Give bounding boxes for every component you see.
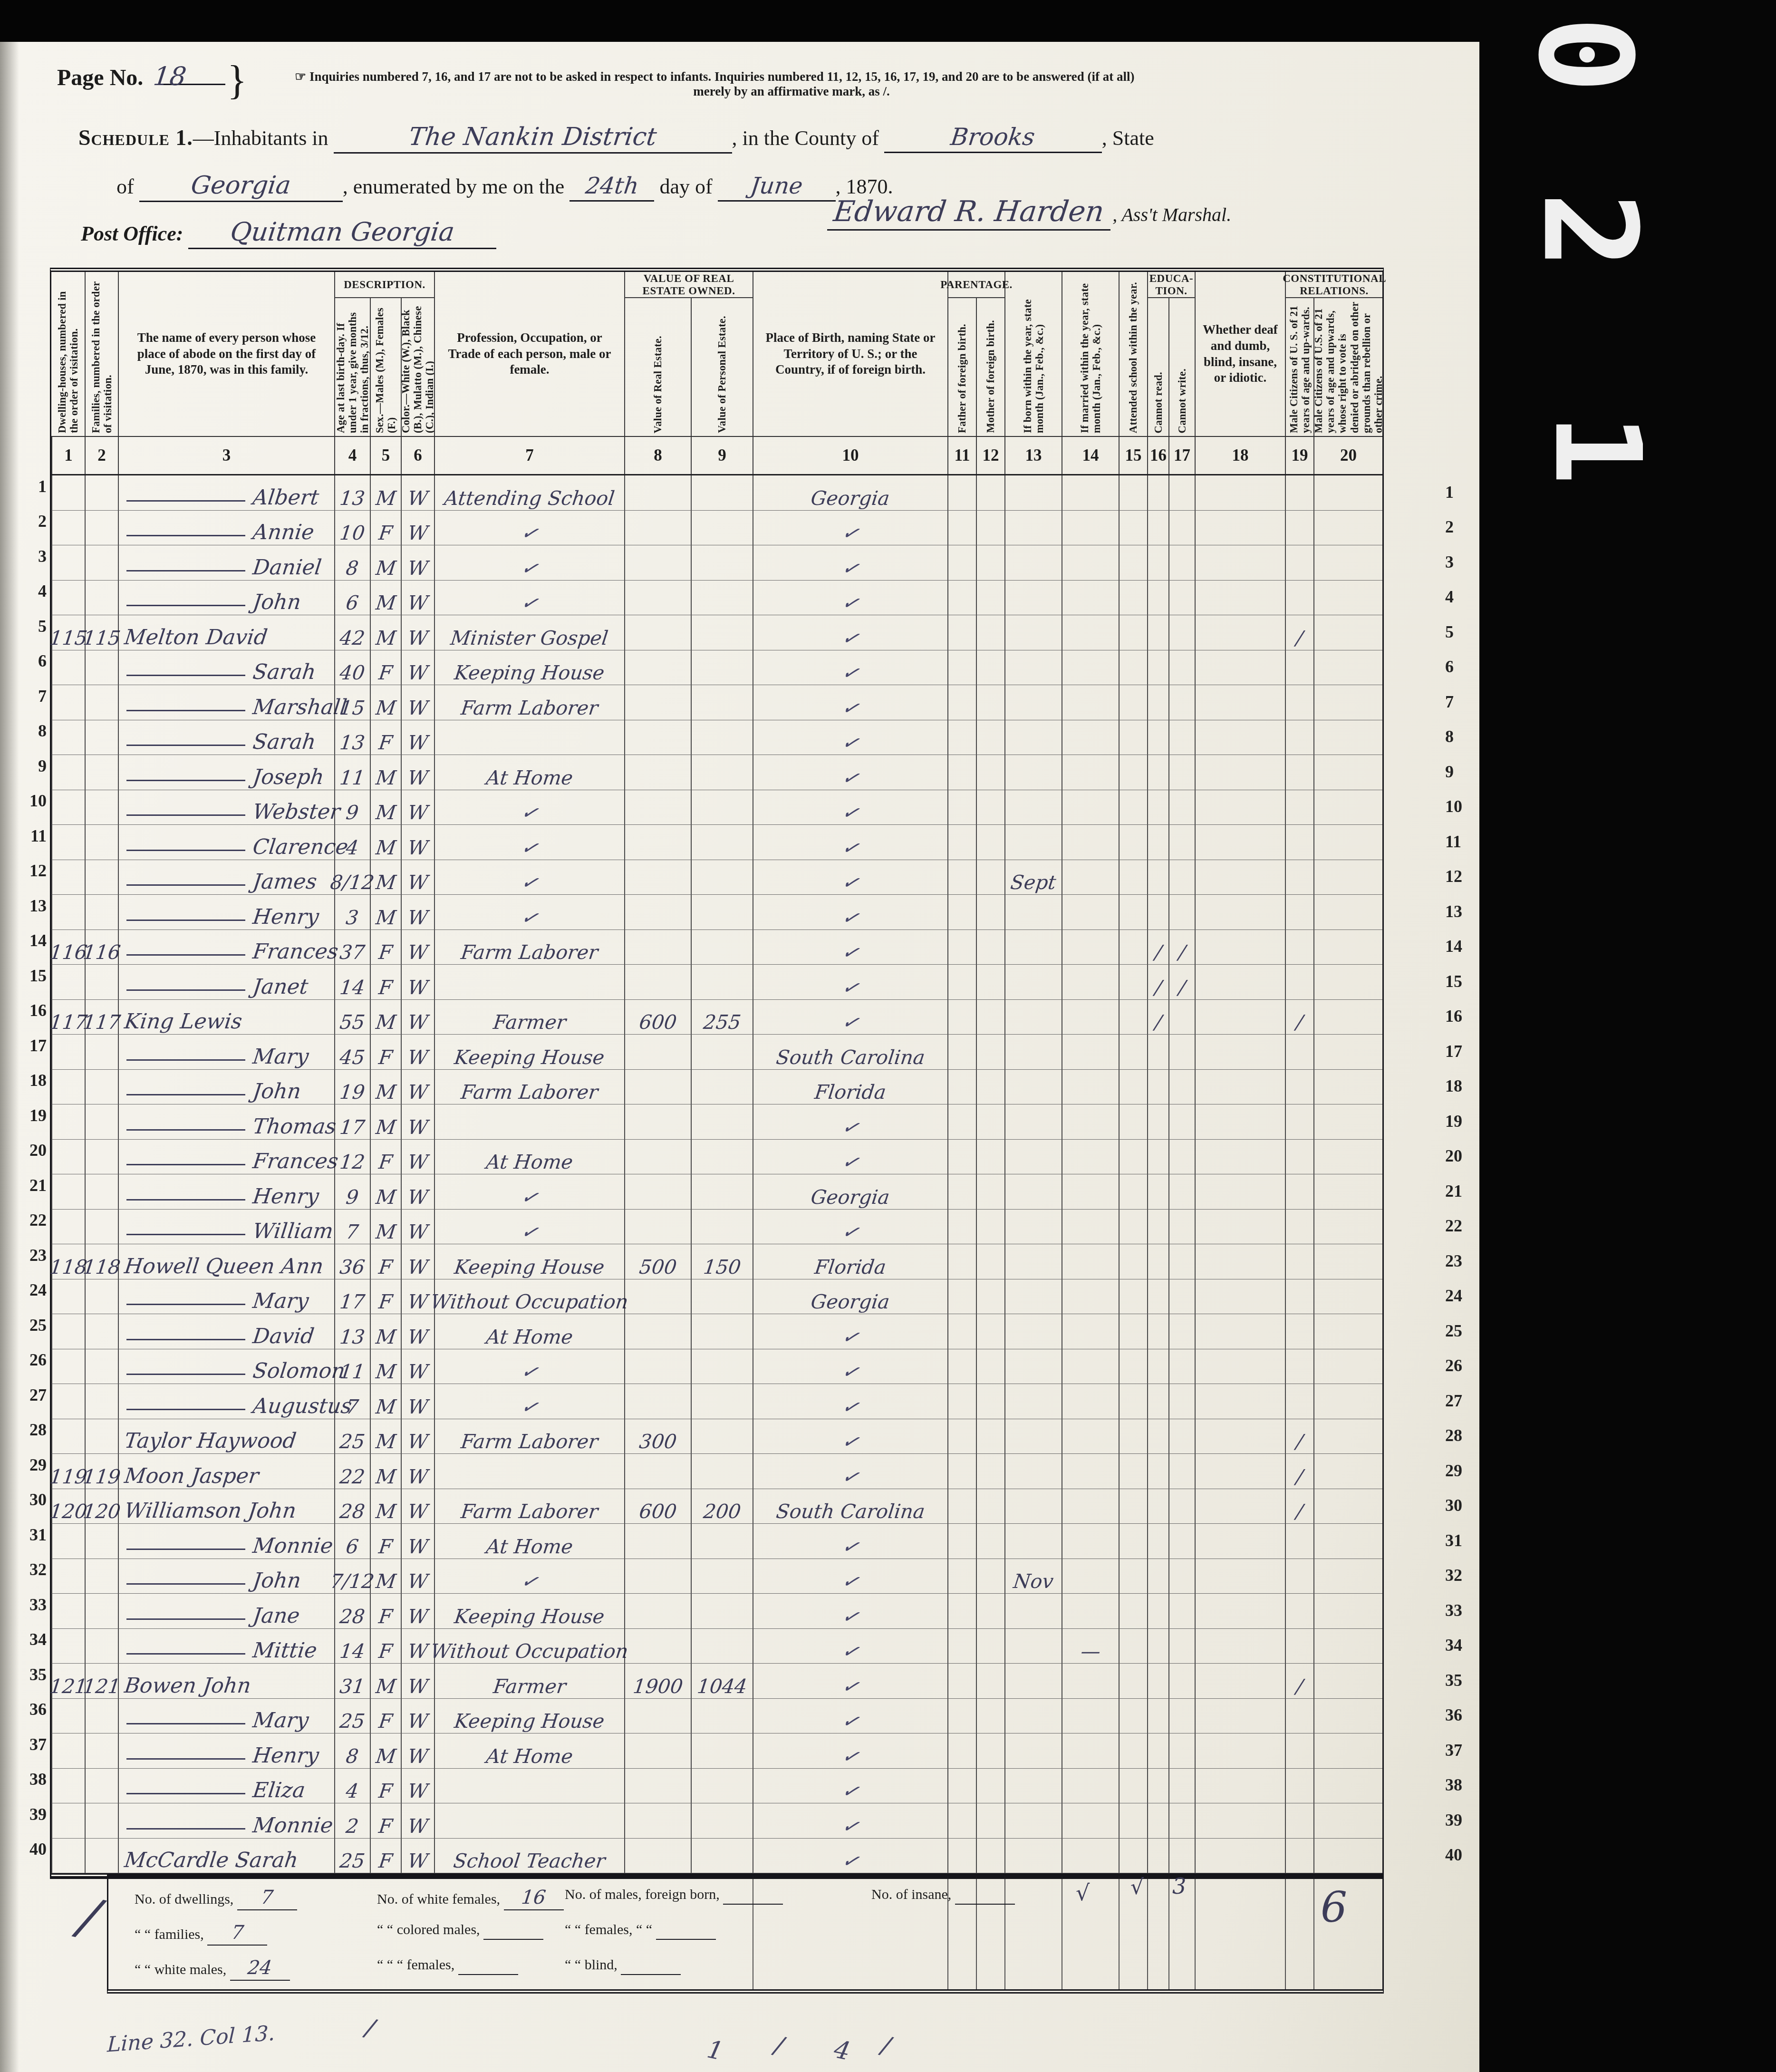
cell-value: /	[1295, 1013, 1304, 1032]
row-21-dw	[51, 1174, 85, 1210]
row-39-c19	[1285, 1803, 1313, 1839]
row-33-fm	[85, 1594, 118, 1629]
row-7-oc: Farm Laborer	[434, 685, 624, 720]
row-25-fm	[85, 1314, 118, 1349]
name-lead-line	[126, 954, 245, 956]
cell-value: ✓	[840, 1781, 861, 1802]
note-line2: merely by an affirmative mark, as /.	[295, 84, 1288, 99]
name-lead-line	[126, 570, 245, 571]
row-36-ag: 25	[334, 1699, 370, 1734]
row-16-pe: 255	[691, 1000, 753, 1035]
row-11-re	[624, 825, 691, 860]
row-8-r16	[1147, 720, 1168, 755]
cell-value: M	[375, 838, 397, 858]
row-27-v20	[1313, 1384, 1382, 1419]
row-11-cl: W	[401, 825, 434, 860]
row-8-m14	[1062, 720, 1119, 755]
line-number: 20	[22, 1133, 47, 1168]
row-34-sx: F	[370, 1629, 401, 1664]
row-39-ag: 2	[334, 1803, 370, 1839]
summary-value-line: 16	[504, 1887, 564, 1910]
cell-value: W	[406, 1677, 429, 1696]
column-number-7: 7	[434, 437, 624, 474]
row-38-d18	[1195, 1769, 1285, 1804]
cell-value: 9	[345, 803, 360, 823]
row-12-b13: Sept	[1004, 860, 1062, 895]
row-30-re: 600	[624, 1489, 691, 1524]
row-34-m12	[976, 1629, 1004, 1664]
row-5-cl: W	[401, 615, 434, 650]
row-10-sx: M	[370, 790, 401, 825]
summary-value-line: 24	[230, 1957, 290, 1981]
cell-value: M	[375, 1188, 397, 1207]
row-17-cl: W	[401, 1035, 434, 1070]
name-lead-line	[126, 605, 245, 606]
row-18-fm	[85, 1070, 118, 1105]
summary-column-rule	[1313, 1876, 1314, 1989]
row-13-m14	[1062, 895, 1119, 930]
row-10-b13	[1004, 790, 1062, 825]
row-13-re	[624, 895, 691, 930]
row-5-b13	[1004, 615, 1062, 650]
row-31-v20	[1313, 1524, 1382, 1559]
row-24-c19	[1285, 1279, 1313, 1315]
row-17-nm: Mary	[118, 1035, 334, 1070]
row-12-cl: W	[401, 860, 434, 895]
line-number: 14	[22, 923, 47, 959]
row-32-m12	[976, 1559, 1004, 1594]
line-number: 37	[22, 1727, 47, 1762]
line-number: 2	[22, 504, 47, 539]
column-number-20: 20	[1313, 437, 1382, 474]
row-38-fm	[85, 1769, 118, 1804]
row-13-f11	[947, 895, 976, 930]
row-38-bp: ✓	[753, 1769, 947, 1804]
cell-value: ✓	[840, 557, 861, 579]
row-29-pe	[691, 1454, 753, 1489]
row-27-nm: Augustus	[118, 1384, 334, 1419]
cell-value: 42	[339, 629, 366, 648]
row-15-c19	[1285, 965, 1313, 1000]
row-23-v20	[1313, 1244, 1382, 1279]
row-24-fm	[85, 1279, 118, 1315]
name-lead-line	[126, 1199, 245, 1201]
row-31-pe	[691, 1524, 753, 1559]
row-24-ag: 17	[334, 1279, 370, 1315]
row-36-b13	[1004, 1699, 1062, 1734]
post-office-value: Quitman Georgia	[229, 217, 456, 247]
cell-value: 19	[339, 1083, 366, 1102]
row-9-m14	[1062, 755, 1119, 790]
name-value: Monnie	[251, 1815, 334, 1836]
row-25-cl: W	[401, 1314, 434, 1349]
row-16-b13	[1004, 1000, 1062, 1035]
row-23-re: 500	[624, 1244, 691, 1279]
row-31-bp: ✓	[753, 1524, 947, 1559]
row-14-fm: 116	[85, 930, 118, 965]
row-26-oc: ✓	[434, 1349, 624, 1385]
row-12-ag: 8/12	[334, 860, 370, 895]
row-9-re	[624, 755, 691, 790]
row-36-w17	[1168, 1699, 1195, 1734]
summary-label: “ “ “ females,	[377, 1957, 454, 1973]
row-2-sx: F	[370, 511, 401, 546]
row-2-cl: W	[401, 511, 434, 546]
row-6-b13	[1004, 650, 1062, 686]
summary-value-line: 7	[207, 1922, 267, 1946]
row-22-re	[624, 1210, 691, 1245]
summary-column-rule	[1195, 1876, 1196, 1989]
cell-value: Without Occupation	[430, 1642, 629, 1661]
row-6-fm	[85, 650, 118, 686]
line-number: 19	[1445, 1104, 1470, 1139]
line-number: 30	[1445, 1488, 1470, 1523]
row-36-bp: ✓	[753, 1699, 947, 1734]
row-6-w17	[1168, 650, 1195, 686]
cell-value: 6	[345, 593, 360, 613]
row-37-m14	[1062, 1733, 1119, 1769]
column-number-11: 11	[947, 437, 976, 474]
line-number: 38	[1445, 1768, 1470, 1803]
row-11-m12	[976, 825, 1004, 860]
row-6-re	[624, 650, 691, 686]
row-22-m12	[976, 1210, 1004, 1245]
row-18-ag: 19	[334, 1070, 370, 1105]
cell-value: M	[375, 768, 397, 788]
line-number: 29	[22, 1447, 47, 1482]
row-5-m12	[976, 615, 1004, 650]
column-number-1: 1	[51, 437, 85, 474]
row-27-b13	[1004, 1384, 1062, 1419]
cell-value: 120	[82, 1502, 121, 1521]
row-30-m12	[976, 1489, 1004, 1524]
name-lead-line	[126, 1409, 245, 1410]
cell-value: 13	[339, 1327, 366, 1347]
name-lead-line	[126, 1129, 245, 1131]
row-40-d18	[1195, 1839, 1285, 1874]
row-3-oc: ✓	[434, 545, 624, 581]
row-16-m14	[1062, 1000, 1119, 1035]
row-26-w17	[1168, 1349, 1195, 1385]
county-value: Brooks	[949, 123, 1037, 151]
row-24-bp: Georgia	[753, 1279, 947, 1315]
row-6-s15	[1119, 650, 1147, 686]
line-number: 27	[22, 1377, 47, 1413]
name-value: Mittie	[251, 1640, 318, 1661]
row-1-v20	[1313, 475, 1382, 511]
row-37-dw	[51, 1733, 85, 1769]
row-23-r16	[1147, 1244, 1168, 1279]
row-37-oc: At Home	[434, 1733, 624, 1769]
cell-value: F	[378, 733, 394, 753]
row-19-c19	[1285, 1104, 1313, 1140]
row-13-cl: W	[401, 895, 434, 930]
row-26-f11	[947, 1349, 976, 1385]
row-8-sx: F	[370, 720, 401, 755]
of-label: of	[116, 175, 134, 198]
cell-value: W	[406, 908, 429, 928]
row-15-r16: /	[1147, 965, 1168, 1000]
cell-value: W	[406, 978, 429, 997]
row-2-m12	[976, 511, 1004, 546]
row-23-ag: 36	[334, 1244, 370, 1279]
row-4-s15	[1119, 581, 1147, 616]
cell-value: At Home	[485, 1537, 574, 1557]
column-number-15: 15	[1119, 437, 1147, 474]
row-39-nm: Monnie	[118, 1803, 334, 1839]
row-15-nm: Janet	[118, 965, 334, 1000]
row-6-bp: ✓	[753, 650, 947, 686]
row-2-f11	[947, 511, 976, 546]
name-lead-line	[126, 745, 245, 746]
row-16-c19: /	[1285, 1000, 1313, 1035]
row-29-m12	[976, 1454, 1004, 1489]
row-25-m12	[976, 1314, 1004, 1349]
cell-value: Farm Laborer	[460, 943, 599, 962]
cell-value: F	[378, 1851, 394, 1871]
line-number: 5	[22, 609, 47, 644]
row-14-nm: Frances	[118, 930, 334, 965]
row-35-d18	[1195, 1664, 1285, 1699]
county-label: , in the County of	[732, 126, 879, 150]
row-32-r16	[1147, 1559, 1168, 1594]
cell-value: W	[406, 1152, 429, 1172]
row-21-m12	[976, 1174, 1004, 1210]
row-4-sx: M	[370, 581, 401, 616]
row-14-d18	[1195, 930, 1285, 965]
row-40-b13	[1004, 1839, 1062, 1874]
line-number: 13	[1445, 894, 1470, 929]
row-19-b13	[1004, 1104, 1062, 1140]
row-8-c19	[1285, 720, 1313, 755]
row-33-f11	[947, 1594, 976, 1629]
cell-value: ✓	[840, 1466, 861, 1488]
row-32-bp: ✓	[753, 1559, 947, 1594]
row-6-dw	[51, 650, 85, 686]
row-23-dw: 118	[51, 1244, 85, 1279]
row-10-fm	[85, 790, 118, 825]
cell-value: ✓	[840, 523, 861, 544]
row-28-s15	[1119, 1419, 1147, 1454]
name-lead-line	[126, 1583, 245, 1585]
row-34-c19	[1285, 1629, 1313, 1664]
cell-value: Without Occupation	[430, 1292, 629, 1312]
cell-value: ✓	[840, 942, 861, 964]
cell-value: F	[378, 943, 394, 962]
column-group-education: EDUCA-TION.	[1147, 272, 1195, 298]
row-8-b13	[1004, 720, 1062, 755]
row-17-v20	[1313, 1035, 1382, 1070]
row-13-c19	[1285, 895, 1313, 930]
row-3-r16	[1147, 545, 1168, 581]
row-19-ag: 17	[334, 1104, 370, 1140]
row-18-s15	[1119, 1070, 1147, 1105]
row-39-bp: ✓	[753, 1803, 947, 1839]
cell-value: 115	[82, 629, 121, 648]
row-22-r16	[1147, 1210, 1168, 1245]
row-16-r16: /	[1147, 1000, 1168, 1035]
line-number: 23	[22, 1238, 47, 1273]
row-1-d18	[1195, 475, 1285, 511]
row-16-m12	[976, 1000, 1004, 1035]
cell-value: ✓	[519, 802, 540, 824]
cell-value: Farm Laborer	[460, 1083, 599, 1102]
column-heading-12: Mother of foreign birth.	[976, 298, 1004, 436]
summary-column-rule	[1147, 1876, 1148, 1989]
line-number: 3	[22, 539, 47, 574]
row-1-ag: 13	[334, 475, 370, 511]
line-numbers-right: 1234567891011121314151617181920212223242…	[1445, 474, 1470, 1872]
row-34-f11	[947, 1629, 976, 1664]
row-38-pe	[691, 1769, 753, 1804]
name-lead-line	[126, 1339, 245, 1340]
cell-value: ✓	[840, 1571, 861, 1593]
row-40-re	[624, 1839, 691, 1874]
row-25-b13	[1004, 1314, 1062, 1349]
row-31-re	[624, 1524, 691, 1559]
row-1-f11	[947, 475, 976, 511]
row-27-re	[624, 1384, 691, 1419]
row-28-sx: M	[370, 1419, 401, 1454]
row-26-m14	[1062, 1349, 1119, 1385]
row-33-sx: F	[370, 1594, 401, 1629]
cell-value: /	[1295, 629, 1304, 648]
row-26-b13	[1004, 1349, 1062, 1385]
row-40-f11	[947, 1839, 976, 1874]
row-23-m12	[976, 1244, 1004, 1279]
row-17-c19	[1285, 1035, 1313, 1070]
row-20-v20	[1313, 1140, 1382, 1175]
inquiries-note: ☞ Inquiries numbered 7, 16, and 17 are n…	[295, 69, 1288, 99]
row-36-m14	[1062, 1699, 1119, 1734]
row-22-dw	[51, 1210, 85, 1245]
row-15-m14	[1062, 965, 1119, 1000]
row-33-pe	[691, 1594, 753, 1629]
cell-value: 17	[339, 1118, 366, 1137]
summary-item: “ “ white males, 24	[135, 1957, 290, 1981]
row-14-r16: /	[1147, 930, 1168, 965]
name-value: Frances	[251, 1151, 339, 1172]
row-32-oc: ✓	[434, 1559, 624, 1594]
row-38-m12	[976, 1769, 1004, 1804]
row-22-f11	[947, 1210, 976, 1245]
cell-value: W	[406, 1642, 429, 1661]
row-17-r16	[1147, 1035, 1168, 1070]
row-29-r16	[1147, 1454, 1168, 1489]
cell-value: M	[375, 1083, 397, 1102]
column-number-3: 3	[118, 437, 334, 474]
row-31-sx: F	[370, 1524, 401, 1559]
row-26-d18	[1195, 1349, 1285, 1385]
row-28-oc: Farm Laborer	[434, 1419, 624, 1454]
line-number: 40	[1445, 1838, 1470, 1873]
summary-column-rule	[1168, 1876, 1169, 1989]
row-9-bp: ✓	[753, 755, 947, 790]
cell-value: Keeping House	[454, 1607, 606, 1627]
cell-value: 14	[339, 978, 366, 997]
cell-value: Georgia	[810, 1188, 891, 1207]
row-22-s15	[1119, 1210, 1147, 1245]
cell-value: W	[406, 838, 429, 858]
summary-box: No. of dwellings, 7“ “ families, 7“ “ wh…	[107, 1875, 1384, 1994]
row-24-b13	[1004, 1279, 1062, 1315]
row-22-cl: W	[401, 1210, 434, 1245]
line-number: 16	[22, 993, 47, 1028]
name-value: Mary	[251, 1046, 310, 1067]
row-34-m14: —	[1062, 1629, 1119, 1664]
cell-value: 25	[339, 1712, 366, 1731]
inhabitants-label: —Inhabitants in	[193, 126, 328, 150]
column-number-18: 18	[1195, 437, 1285, 474]
name-lead-line	[126, 1723, 245, 1724]
row-9-fm	[85, 755, 118, 790]
name-value: King Lewis	[123, 1011, 243, 1032]
cell-value: 119	[82, 1467, 121, 1487]
row-2-ag: 10	[334, 511, 370, 546]
row-35-pe: 1044	[691, 1664, 753, 1699]
paper-edge-shadow	[0, 42, 19, 2072]
schedule-line: Schedule 1.—Inhabitants in The Nankin Di…	[78, 123, 1154, 154]
row-19-oc	[434, 1104, 624, 1140]
row-40-fm	[85, 1839, 118, 1874]
row-31-nm: Monnie	[118, 1524, 334, 1559]
row-15-d18	[1195, 965, 1285, 1000]
row-9-m12	[976, 755, 1004, 790]
row-20-f11	[947, 1140, 976, 1175]
row-6-nm: Sarah	[118, 650, 334, 686]
row-1-s15	[1119, 475, 1147, 511]
cell-value: M	[375, 1502, 397, 1521]
row-7-fm	[85, 685, 118, 720]
row-22-ag: 7	[334, 1210, 370, 1245]
row-3-v20	[1313, 545, 1382, 581]
row-9-b13	[1004, 755, 1062, 790]
column-heading-14: If married within the year, state month …	[1062, 272, 1119, 436]
column-number-19: 19	[1285, 437, 1313, 474]
cell-value: /	[1154, 978, 1163, 997]
row-39-m14	[1062, 1803, 1119, 1839]
row-20-c19	[1285, 1140, 1313, 1175]
cell-value: 36	[339, 1258, 366, 1277]
row-12-r16	[1147, 860, 1168, 895]
cell-value: ✓	[519, 1186, 540, 1208]
row-1-dw	[51, 475, 85, 511]
row-39-fm	[85, 1803, 118, 1839]
cell-value: W	[406, 1712, 429, 1731]
row-13-ag: 3	[334, 895, 370, 930]
row-4-m12	[976, 581, 1004, 616]
row-6-c19	[1285, 650, 1313, 686]
row-18-w17	[1168, 1070, 1195, 1105]
cell-value: 25	[339, 1432, 366, 1452]
row-22-nm: William	[118, 1210, 334, 1245]
cell-value: 118	[82, 1258, 121, 1277]
row-37-s15	[1119, 1733, 1147, 1769]
row-8-re	[624, 720, 691, 755]
row-32-cl: W	[401, 1559, 434, 1594]
line-number: 9	[22, 748, 47, 784]
column-heading-13: If born within the year, state month (Ja…	[1004, 272, 1062, 436]
row-37-cl: W	[401, 1733, 434, 1769]
cell-value: 13	[339, 733, 366, 753]
line-number: 19	[22, 1098, 47, 1133]
row-10-f11	[947, 790, 976, 825]
row-18-r16	[1147, 1070, 1168, 1105]
row-15-w17: /	[1168, 965, 1195, 1000]
cell-value: M	[375, 803, 397, 823]
cell-value: 7	[345, 1222, 360, 1242]
row-14-s15	[1119, 930, 1147, 965]
